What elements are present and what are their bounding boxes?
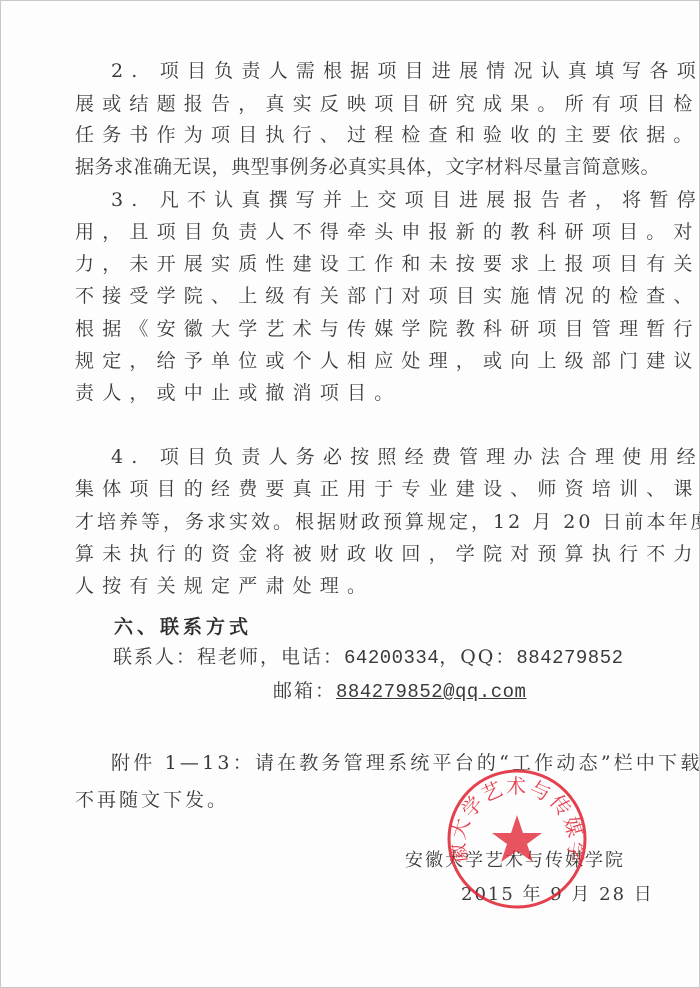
paragraph-4-line-1: 4. 项目负责人务必按照经费管理办法合理使用经费，特别是 xyxy=(111,445,627,469)
contact-label: 联系人：程老师，电话： xyxy=(113,646,344,668)
paragraph-3-line-2: 用，且项目负责人不得牵头申报新的教科研项目。对项目执行不 xyxy=(75,220,627,244)
paragraph-4-line-3: 才培养等，务求实效。根据财政预算规定，12 月 20 日前本年度预 xyxy=(75,510,627,534)
qq-number: 884279852 xyxy=(516,647,623,669)
signature-date: 2015 年 9 月 28 日 xyxy=(461,883,654,907)
email-link[interactable]: 884279852@qq.com xyxy=(336,681,526,703)
email-label: 邮箱： xyxy=(273,680,336,702)
email-line: 邮箱：884279852@qq.com xyxy=(273,679,526,704)
paragraph-2-line-4: 据务求准确无误，典型事例务必真实具体，文字材料尽量言简意赅。 xyxy=(75,155,627,179)
phone-number: 64200334 xyxy=(344,647,439,669)
paragraph-4-line-5: 人按有关规定严肃处理。 xyxy=(75,574,627,598)
paragraph-3-line-5: 根据《安徽大学艺术与传媒学院教科研项目管理暂行办法》有关 xyxy=(75,317,627,341)
signature-organization: 安徽大学艺术与传媒学院 xyxy=(405,849,625,873)
paragraph-4-line-4: 算未执行的资金将被财政收回，学院对预算执行不力的项目负责 xyxy=(75,542,627,566)
attachment-line-1: 附件 1—13：请在教务管理系统平台的“工作动态”栏中下载， xyxy=(111,751,627,775)
paragraph-3-line-7: 责人，或中止或撤消项目。 xyxy=(75,381,627,405)
attachment-line-2: 不再随文下发。 xyxy=(75,788,627,812)
paragraph-2-line-3: 任务书作为项目执行、过程检查和验收的主要依据。报告中的数 xyxy=(75,123,627,147)
contact-line: 联系人：程老师，电话：64200334，QQ：884279852 xyxy=(113,645,624,670)
paragraph-2-line-1: 2. 项目负责人需根据项目进展情况认真填写各项目开题、进 xyxy=(111,59,627,83)
paragraph-4-line-2: 集体项目的经费要真正用于专业建设、师资培训、课程改革、人 xyxy=(75,477,627,501)
paragraph-3-line-4: 不接受学院、上级有关部门对项目实施情况的检查、监督的，将 xyxy=(75,284,627,308)
qq-label: ，QQ： xyxy=(439,646,516,668)
paragraph-3-line-6: 规定，给予单位或个人相应处理，或向上级部门建议更换项目负 xyxy=(75,349,627,373)
paragraph-3-line-3: 力，未开展实质性建设工作和未按要求上报项目有关情况，无故 xyxy=(75,252,627,276)
paragraph-2-line-2: 展或结题报告，真实反映项目研究成果。所有项目检查验收应以 xyxy=(75,92,627,116)
document-page: 2. 项目负责人需根据项目进展情况认真填写各项目开题、进 展或结题报告，真实反映… xyxy=(0,0,700,988)
paragraph-3-line-1: 3. 凡不认真撰写并上交项目进展报告者，将暂停项目经费使 xyxy=(111,188,627,212)
section-6-heading: 六、联系方式 xyxy=(114,615,252,639)
